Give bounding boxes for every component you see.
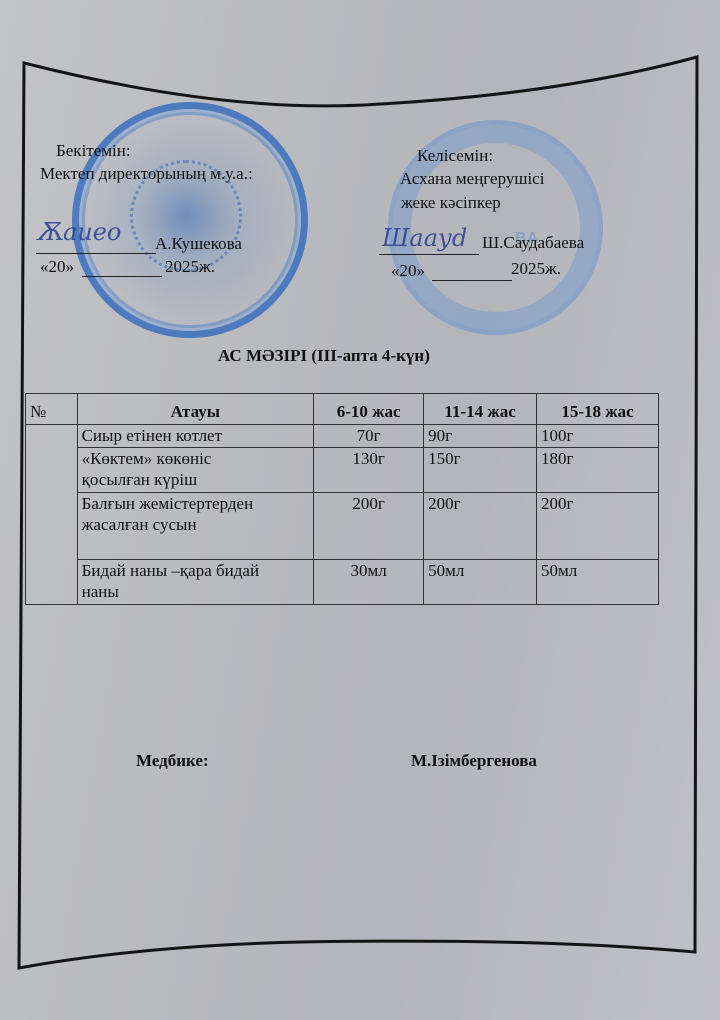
dish-name: Балғын жемістертерден жасалған сусын bbox=[77, 493, 313, 560]
agree-name: Ш.Саудабаева bbox=[482, 233, 584, 253]
agree-signature-line bbox=[379, 254, 479, 255]
approve-date-day: «20» bbox=[40, 257, 74, 277]
dish-name: Бидай наны –қара бидай наны bbox=[77, 560, 313, 605]
portion-15-18: 50мл bbox=[536, 560, 658, 605]
table-row: Балғын жемістертерден жасалған сусын 200… bbox=[26, 493, 659, 560]
nurse-name: М.Ізімбергенова bbox=[411, 751, 537, 771]
table-row: «Көктем» көкөніс қосылған күріш 130г 150… bbox=[26, 448, 659, 493]
portion-15-18: 200г bbox=[536, 493, 658, 560]
header-age-6-10: 6-10 жас bbox=[314, 394, 424, 425]
table-row: Бидай наны –қара бидай наны 30мл 50мл 50… bbox=[26, 560, 659, 605]
approve-heading: Бекітемін: bbox=[56, 141, 131, 161]
agree-date-month-line bbox=[432, 280, 512, 281]
table-header-row: № Атауы 6-10 жас 11-14 жас 15-18 жас bbox=[26, 394, 659, 425]
portion-11-14: 90г bbox=[424, 425, 537, 448]
document-title: АС МӘЗІРІ (ІІІ-апта 4-күн) bbox=[218, 346, 430, 366]
portion-11-14: 50мл bbox=[424, 560, 537, 605]
portion-15-18: 100г bbox=[536, 425, 658, 448]
menu-table: № Атауы 6-10 жас 11-14 жас 15-18 жас Сиы… bbox=[25, 393, 659, 605]
agree-role-line2: жеке кәсіпкер bbox=[401, 193, 501, 213]
nurse-label: Медбике: bbox=[136, 751, 209, 771]
portion-6-10: 200г bbox=[314, 493, 424, 560]
portion-11-14: 200г bbox=[424, 493, 537, 560]
portion-6-10: 30мл bbox=[314, 560, 424, 605]
agree-heading: Келісемін: bbox=[417, 146, 493, 166]
approve-role: Мектеп директорының м.у.а.: bbox=[40, 164, 253, 184]
header-name: Атауы bbox=[77, 394, 313, 425]
dish-name-text: Балғын жемістертерден жасалған сусын bbox=[82, 493, 262, 535]
portion-15-18: 180г bbox=[536, 448, 658, 493]
dish-name: «Көктем» көкөніс қосылған күріш bbox=[77, 448, 313, 493]
portion-11-14: 150г bbox=[424, 448, 537, 493]
portion-6-10: 70г bbox=[314, 425, 424, 448]
approve-signature-line bbox=[36, 253, 156, 254]
dish-name-text: Бидай наны –қара бидай наны bbox=[82, 560, 282, 602]
approve-signature: Ѫaueo bbox=[36, 218, 121, 246]
header-number: № bbox=[26, 394, 78, 425]
approve-name: А.Кушекова bbox=[155, 234, 242, 254]
approve-date-year: 2025ж. bbox=[165, 257, 215, 277]
agree-signature: Шаауd bbox=[382, 224, 467, 252]
dish-name-text: «Көктем» көкөніс қосылған күріш bbox=[82, 448, 282, 490]
header-age-15-18: 15-18 жас bbox=[536, 394, 658, 425]
agree-role-line1: Асхана меңгерушісі bbox=[400, 169, 544, 189]
table-row: Сиыр етінен котлет 70г 90г 100г bbox=[26, 425, 659, 448]
approve-date-month-line bbox=[82, 276, 162, 277]
agree-date-day: «20» bbox=[391, 261, 425, 281]
portion-6-10: 130г bbox=[314, 448, 424, 493]
row-number-cell bbox=[26, 425, 78, 605]
agree-date-year: 2025ж. bbox=[511, 259, 561, 279]
header-age-11-14: 11-14 жас bbox=[424, 394, 537, 425]
dish-name: Сиыр етінен котлет bbox=[77, 425, 313, 448]
